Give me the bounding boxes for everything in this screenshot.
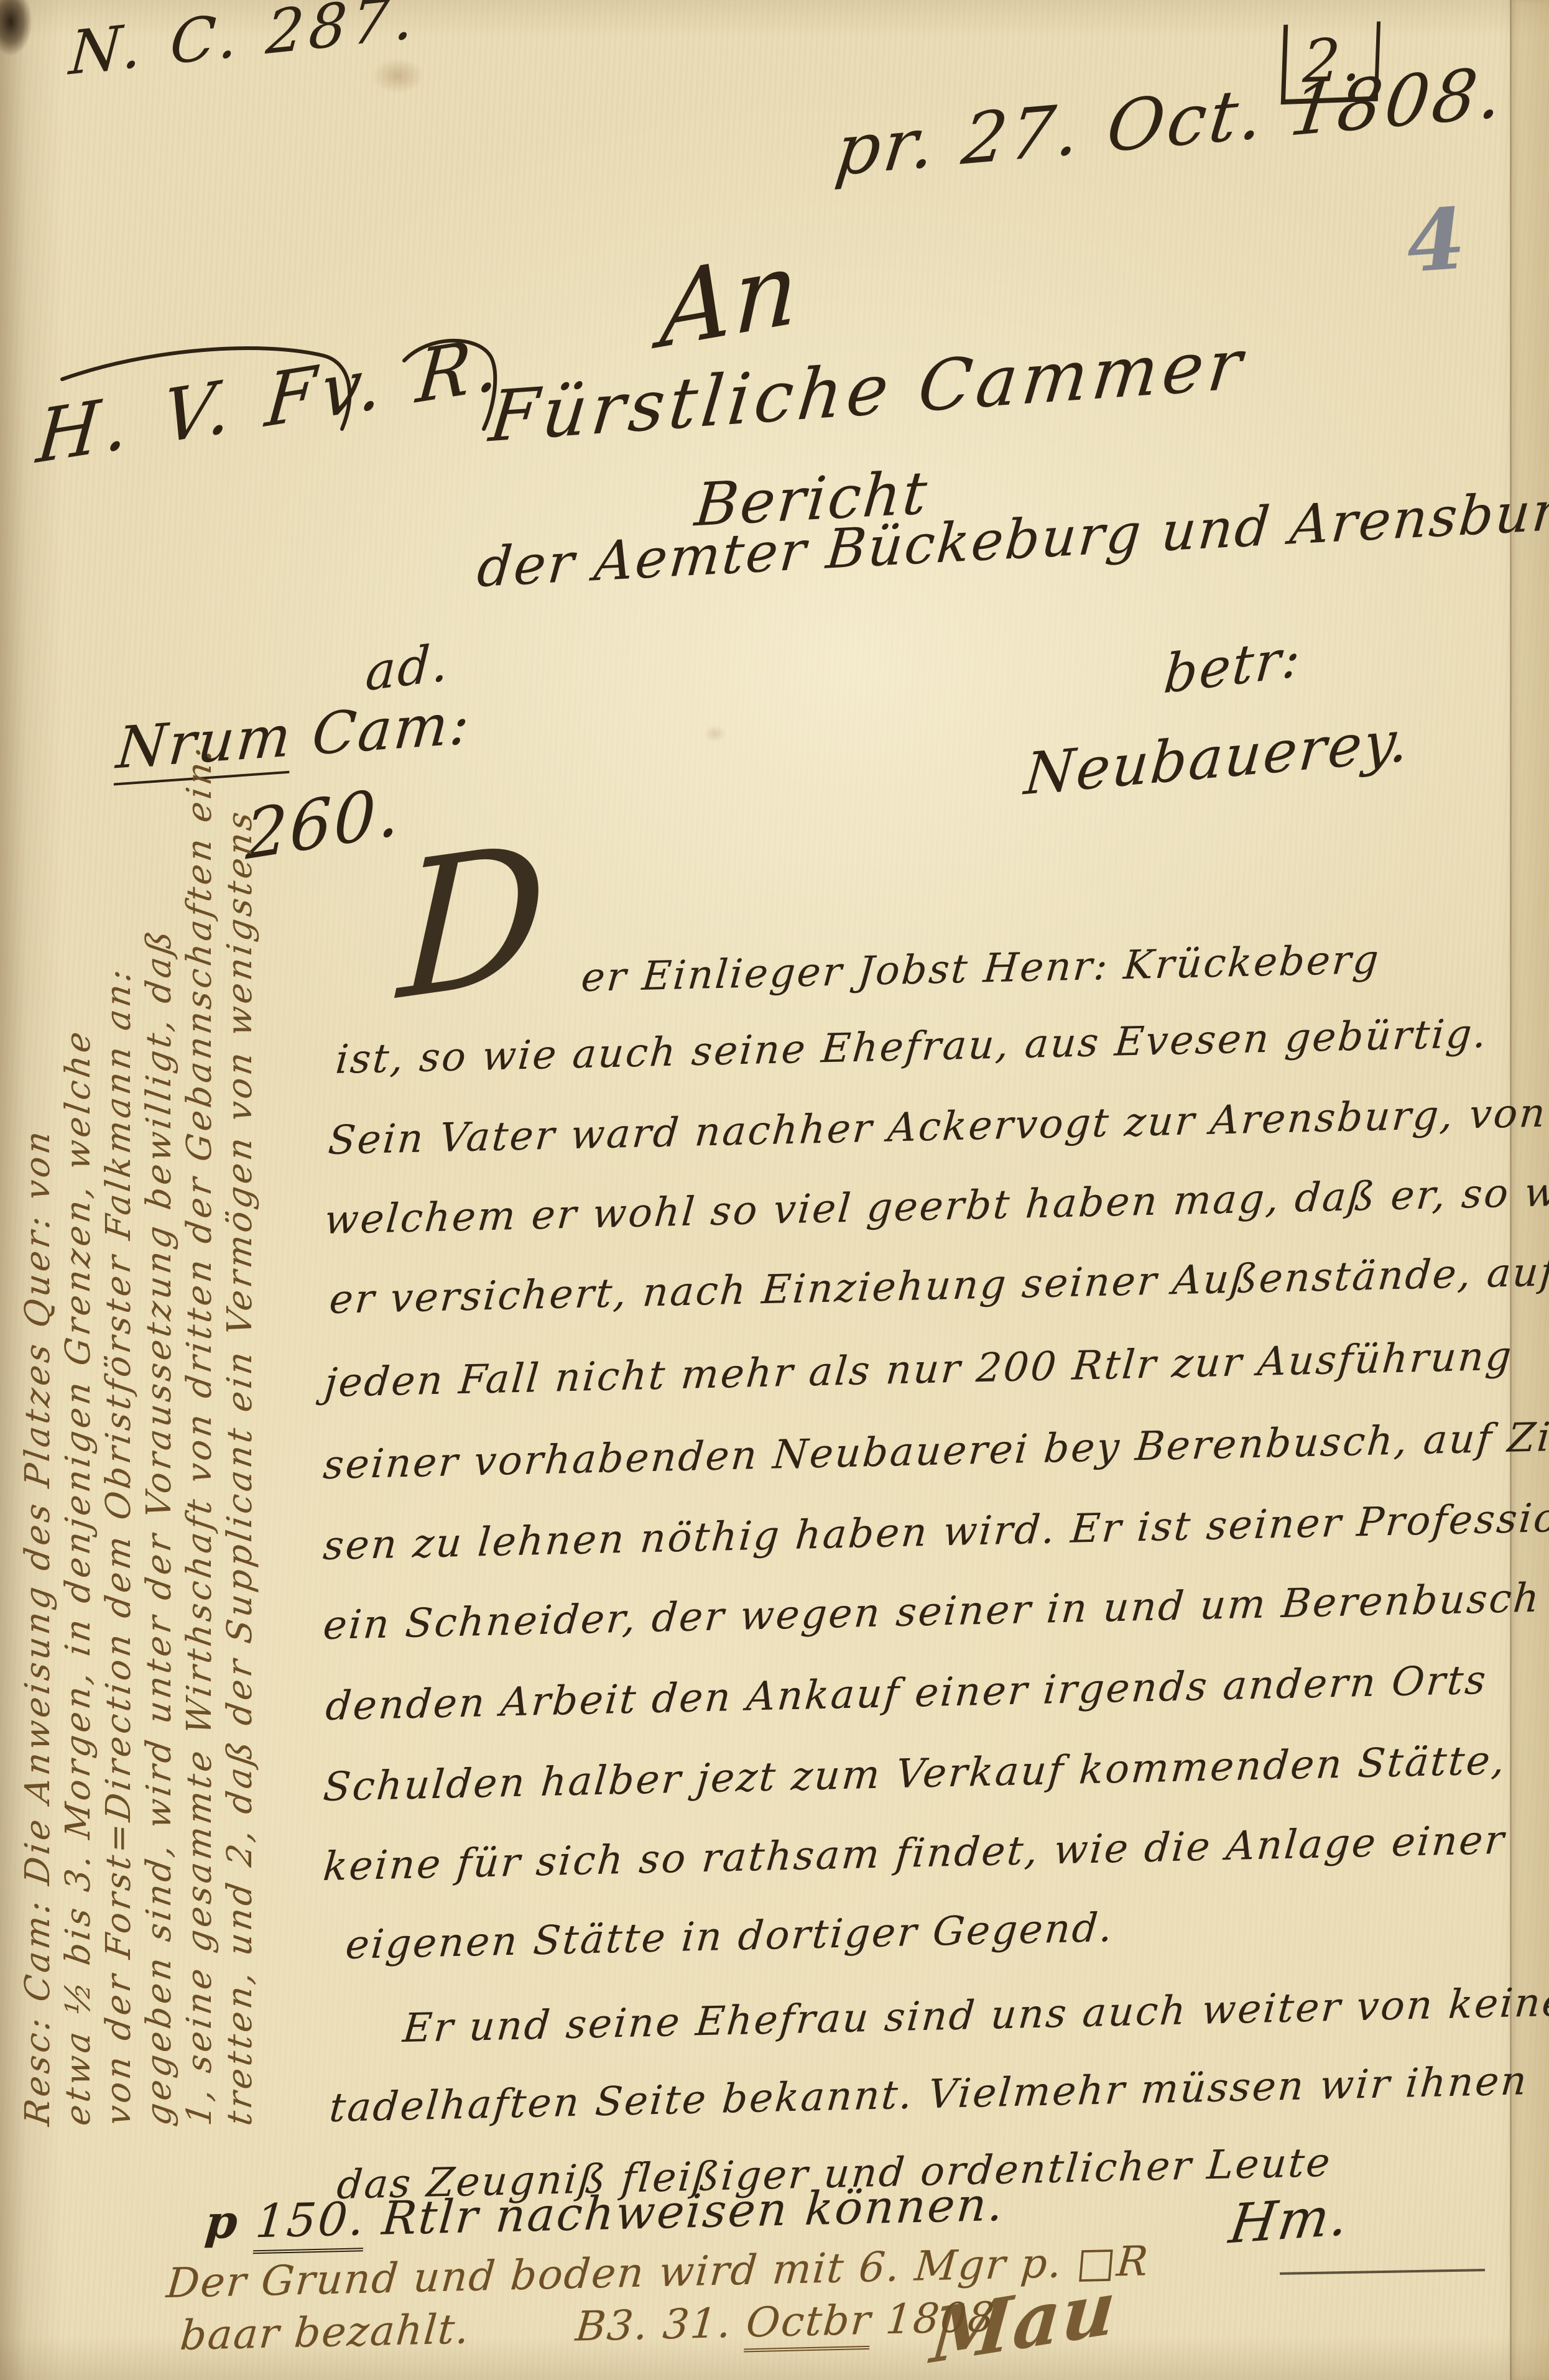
body-line: ein Schneider, der wegen seiner in und u…: [321, 1573, 1549, 1649]
manuscript-page: N. C. 287. 2. pr. 27. Oct. 1808. 4 H. V.…: [0, 0, 1549, 2380]
marginal-rescript-line: 1, seine gesammte Wirthschaft von dritte…: [179, 770, 220, 2128]
marginal-rescript-line: tretten, und 2, daß der Supplicant ein V…: [220, 770, 260, 2128]
marginal-rescript-line: gegeben sind, wird unter der Voraussetzu…: [139, 770, 179, 2128]
marginal-rescript-line: von der Forst=Direction dem Obristförste…: [98, 770, 139, 2128]
marginal-rescript-line: etwa ½ bis 3. Morgen, in denjenigen Gren…: [58, 770, 98, 2128]
catchword: Hm.: [1226, 2185, 1354, 2256]
binding-shadow: [0, 0, 32, 56]
marginal-rescript-line: Resc: Cam: Die Anweisung des Platzes Que…: [17, 770, 58, 2128]
pencil-folio-number: 4: [1403, 188, 1470, 291]
address-recipient: Fürstliche Cammer: [486, 323, 1250, 458]
body-line: jeden Fall nicht mehr als nur 200 Rtlr z…: [323, 1334, 1515, 1407]
body-line: seiner vorhabenden Neubauerei bey Berenb…: [321, 1414, 1549, 1489]
amount-value: 150.: [253, 2192, 368, 2254]
subject-value: Neubauerey.: [1022, 707, 1413, 808]
address-sender: der Aemter Bückeburg und Arensburg: [475, 477, 1549, 599]
date-month: Octbr: [744, 2296, 873, 2353]
body-line: keine für sich so rathsam findet, wie di…: [321, 1817, 1507, 1890]
body-line: eigenen Stätte in dortiger Gegend.: [344, 1905, 1116, 1968]
body-line: Schulden halber jezt zum Verkauf kommend…: [321, 1738, 1508, 1810]
body-line: welchem er wohl so viel geerbt haben mag…: [323, 1168, 1549, 1243]
body-line: Sein Vater ward nachher Ackervogt zur Ar…: [326, 1090, 1549, 1164]
rescript-amount-line: p 150. Rtlr nachweisen können.: [203, 2178, 1007, 2249]
address-to: An: [659, 228, 802, 372]
body-line: denden Arbeit den Ankauf einer irgends a…: [324, 1658, 1489, 1730]
body-line: Er und seine Ehefrau sind uns auch weite…: [401, 1979, 1549, 2052]
paid-text: baar bezahlt.: [178, 2305, 472, 2359]
reference-register: Nrum Cam:: [114, 690, 474, 782]
body-initial: D: [396, 818, 552, 1027]
presentation-date: pr. 27. Oct. 1808.: [831, 52, 1510, 192]
body-line: tadelhaften Seite bekannt. Vielmehr müss…: [328, 2058, 1530, 2131]
insertion-mark: p: [203, 2195, 241, 2249]
reference-number: 260.: [245, 772, 402, 875]
body-line: er Einlieger Jobst Henr: Krückeberg: [580, 937, 1382, 1001]
reference-register-rest: Cam:: [290, 690, 474, 770]
body-line: sen zu lehnen nöthig haben wird. Er ist …: [321, 1495, 1549, 1569]
marginal-rescript: Resc: Cam: Die Anweisung des Platzes Que…: [17, 773, 265, 2125]
subject-label: betr:: [1162, 627, 1305, 706]
body-line: er versichert, nach Einziehung seiner Au…: [328, 1249, 1549, 1323]
file-number: N. C. 287.: [67, 0, 421, 89]
catchword-underline: [1280, 2269, 1485, 2275]
date-prefix: B3. 31.: [574, 2299, 734, 2351]
